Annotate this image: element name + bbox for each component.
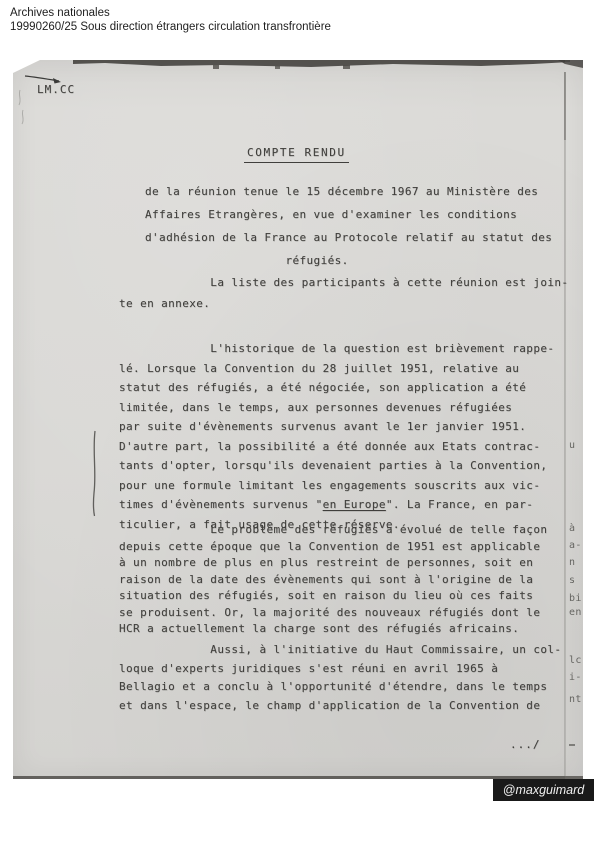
typed-line: times d'évènements survenus "en Europe".… [119, 495, 554, 515]
typed-line: et dans l'espace, le champ d'application… [119, 697, 561, 716]
typed-line: Affaires Etrangères, en vue d'examiner l… [145, 203, 552, 226]
bottom-fold-dash [569, 744, 575, 746]
paragraph-participants: La liste des participants à cette réunio… [119, 272, 568, 314]
scan-top-edge-band [73, 60, 570, 67]
pen-margin-line [93, 431, 95, 516]
paragraph-bellagio-colloque: Aussi, à l'initiative du Haut Commissair… [119, 641, 561, 715]
bleed-fragment: u [569, 440, 575, 451]
bleed-fragment: lc [569, 655, 582, 666]
bleed-fragment: i- [569, 672, 582, 683]
typed-line: de la réunion tenue le 15 décembre 1967 … [145, 180, 552, 203]
typist-initials: LM.CC [37, 83, 75, 96]
watermark-badge: @maxguimard [493, 779, 594, 801]
typed-line: lé. Lorsque la Convention du 28 juillet … [119, 359, 554, 379]
typed-line: Aussi, à l'initiative du Haut Commissair… [119, 641, 561, 660]
bleed-fragment: s [569, 575, 575, 586]
typed-line: te en annexe. [119, 293, 568, 314]
typed-line: tants d'opter, lorsqu'ils devenaient par… [119, 456, 554, 476]
typed-line: réfugiés. [145, 249, 552, 272]
typed-line: pour une formule limitant les engagement… [119, 476, 554, 496]
archive-name: Archives nationales [10, 6, 331, 20]
margin-bleed-text: uàa-nsbienlci-nt [569, 60, 585, 779]
bleed-fragment: à [569, 523, 575, 534]
paragraph-refugee-problem: Le problème des réfugiés a évolué de tel… [119, 522, 547, 638]
bleed-fragment: n [569, 557, 575, 568]
typed-line: limitée, dans le temps, aux personnes de… [119, 398, 554, 418]
scan-top-edge-tooth [275, 66, 280, 69]
screenshot-root: Archives nationales 19990260/25 Sous dir… [0, 0, 595, 842]
pencil-scribble [19, 90, 23, 124]
typed-line: L'historique de la question est brièveme… [119, 339, 554, 359]
bleed-fragment: en [569, 607, 582, 618]
typed-line: Bellagio et a conclu à l'opportunité d'é… [119, 678, 561, 697]
bleed-fragment: nt [569, 694, 582, 705]
bleed-fragment: a- [569, 540, 582, 551]
typed-line: à un nombre de plus en plus restreint de… [119, 555, 547, 572]
typed-line: La liste des participants à cette réunio… [119, 272, 568, 293]
typed-line: statut des réfugiés, a été négociée, son… [119, 378, 554, 398]
typed-line: HCR a actuellement la charge sont des ré… [119, 621, 547, 638]
typed-line: depuis cette époque que la Convention de… [119, 539, 547, 556]
archive-header: Archives nationales 19990260/25 Sous dir… [10, 6, 331, 34]
typed-line: d'adhésion de la France au Protocole rel… [145, 226, 552, 249]
typed-line: par suite d'évènements survenus avant le… [119, 417, 554, 437]
continuation-mark: .../ [510, 738, 541, 751]
document-title: COMPTE RENDU [244, 146, 349, 163]
typed-line: raison de la date des évènements qui son… [119, 572, 547, 589]
typed-line: Le problème des réfugiés a évolué de tel… [119, 522, 547, 539]
bleed-fragment: bi [569, 593, 582, 604]
scanned-page: LM.CC COMPTE RENDU de la réunion tenue l… [13, 60, 583, 779]
typed-line: se produisent. Or, la majorité des nouve… [119, 605, 547, 622]
archive-reference: 19990260/25 Sous direction étrangers cir… [10, 20, 331, 34]
paragraph-meeting-object: de la réunion tenue le 15 décembre 1967 … [145, 180, 552, 272]
watermark-handle: @maxguimard [503, 783, 584, 797]
typed-line: D'autre part, la possibilité a été donné… [119, 437, 554, 457]
scan-top-edge-tooth [213, 65, 219, 69]
scan-top-edge-tooth [343, 65, 350, 69]
paragraph-history: L'historique de la question est brièveme… [119, 339, 554, 534]
typed-line: situation des réfugiés, soit en raison d… [119, 588, 547, 605]
scan-corner-shadow [558, 60, 583, 68]
typed-line: loque d'experts juridiques s'est réuni e… [119, 660, 561, 679]
